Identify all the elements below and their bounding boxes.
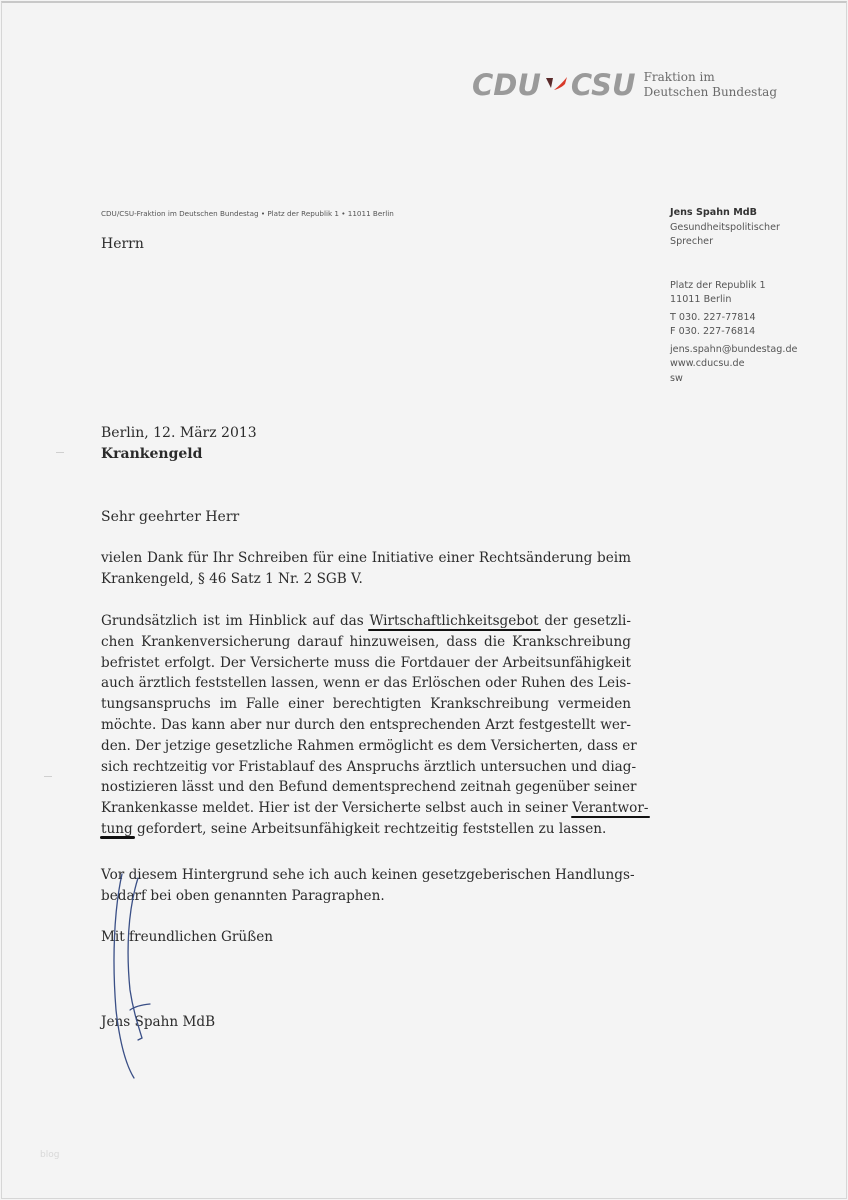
paragraph-line: vielen Dank für Ihr Schreiben für eine I… [101, 548, 631, 569]
org-line-1: Fraktion im [644, 70, 777, 85]
paragraph-line: tung gefordert, seine Arbeitsunfähigkeit… [101, 819, 631, 840]
paragraph-line: auch ärztlich feststellen lassen, wenn e… [101, 673, 631, 694]
logo-cdu-text: CDU [472, 71, 541, 100]
paragraph-line: chen Krankenversicherung darauf hinzuwei… [101, 632, 631, 653]
paragraph-line: Grundsätzlich ist im Hinblick auf das Wi… [101, 611, 631, 632]
sender-return-address: CDU/CSU-Fraktion im Deutschen Bundestag … [101, 209, 394, 218]
paragraph-line: befristet erfolgt. Der Versicherte muss … [101, 653, 631, 674]
contact-address-line-2: 11011 Berlin [670, 293, 830, 308]
contact-phone: T 030. 227-77814 [670, 311, 830, 326]
paragraph-line: bedarf bei oben genannten Paragraphen. [101, 886, 631, 907]
contact-role-line-2: Sprecher [670, 235, 830, 250]
paragraph-line: den. Der jetzige gesetzliche Rahmen ermö… [101, 736, 631, 757]
paragraph-1: vielen Dank für Ihr Schreiben für eine I… [101, 548, 631, 590]
contact-initials: sw [670, 372, 830, 387]
underlined-term: tung [101, 821, 133, 837]
fold-mark [44, 776, 52, 777]
logo-swoosh-icon [543, 72, 569, 98]
recipient: Herrn [101, 236, 144, 252]
paragraph-2: Grundsätzlich ist im Hinblick auf das Wi… [101, 611, 631, 840]
paragraph-line: nostizieren lässt und den Befund dements… [101, 777, 631, 798]
paragraph-line: tungsanspruchs im Falle einer berechtigt… [101, 694, 631, 715]
paragraph-line: Vor diesem Hintergrund sehe ich auch kei… [101, 865, 631, 886]
paragraph-line: Krankenkasse meldet. Hier ist der Versic… [101, 798, 631, 819]
contact-website[interactable]: www.cducsu.de [670, 357, 830, 372]
contact-address-line-1: Platz der Republik 1 [670, 279, 830, 294]
salutation: Sehr geehrter Herr [101, 509, 239, 525]
underlined-term: Wirtschaftlichkeitsgebot [369, 613, 538, 629]
paragraph-line: Krankengeld, § 46 Satz 1 Nr. 2 SGB V. [101, 569, 631, 590]
org-name: Fraktion im Deutschen Bundestag [644, 70, 777, 100]
cdu-csu-logo: CDU CSU Fraktion im Deutschen Bundestag [472, 70, 777, 100]
letter-subject: Krankengeld [101, 446, 202, 462]
contact-name: Jens Spahn MdB [670, 206, 830, 221]
contact-role-line-1: Gesundheitspolitischer [670, 221, 830, 236]
watermark: blog [40, 1150, 59, 1160]
paragraph-3: Vor diesem Hintergrund sehe ich auch kei… [101, 865, 631, 907]
contact-block: Jens Spahn MdB Gesundheitspolitischer Sp… [670, 206, 830, 386]
org-line-2: Deutschen Bundestag [644, 85, 777, 100]
contact-email[interactable]: jens.spahn@bundestag.de [670, 343, 830, 358]
letter-date: Berlin, 12. März 2013 [101, 425, 257, 441]
contact-fax: F 030. 227-76814 [670, 325, 830, 340]
logo-csu-text: CSU [571, 71, 636, 100]
underlined-term: Verantwor- [572, 800, 648, 816]
paragraph-line: möchte. Das kann aber nur durch den ents… [101, 715, 631, 736]
handwritten-signature [100, 870, 180, 1090]
fold-mark [56, 452, 64, 453]
paragraph-line: sich rechtzeitig vor Fristablauf des Ans… [101, 757, 631, 778]
